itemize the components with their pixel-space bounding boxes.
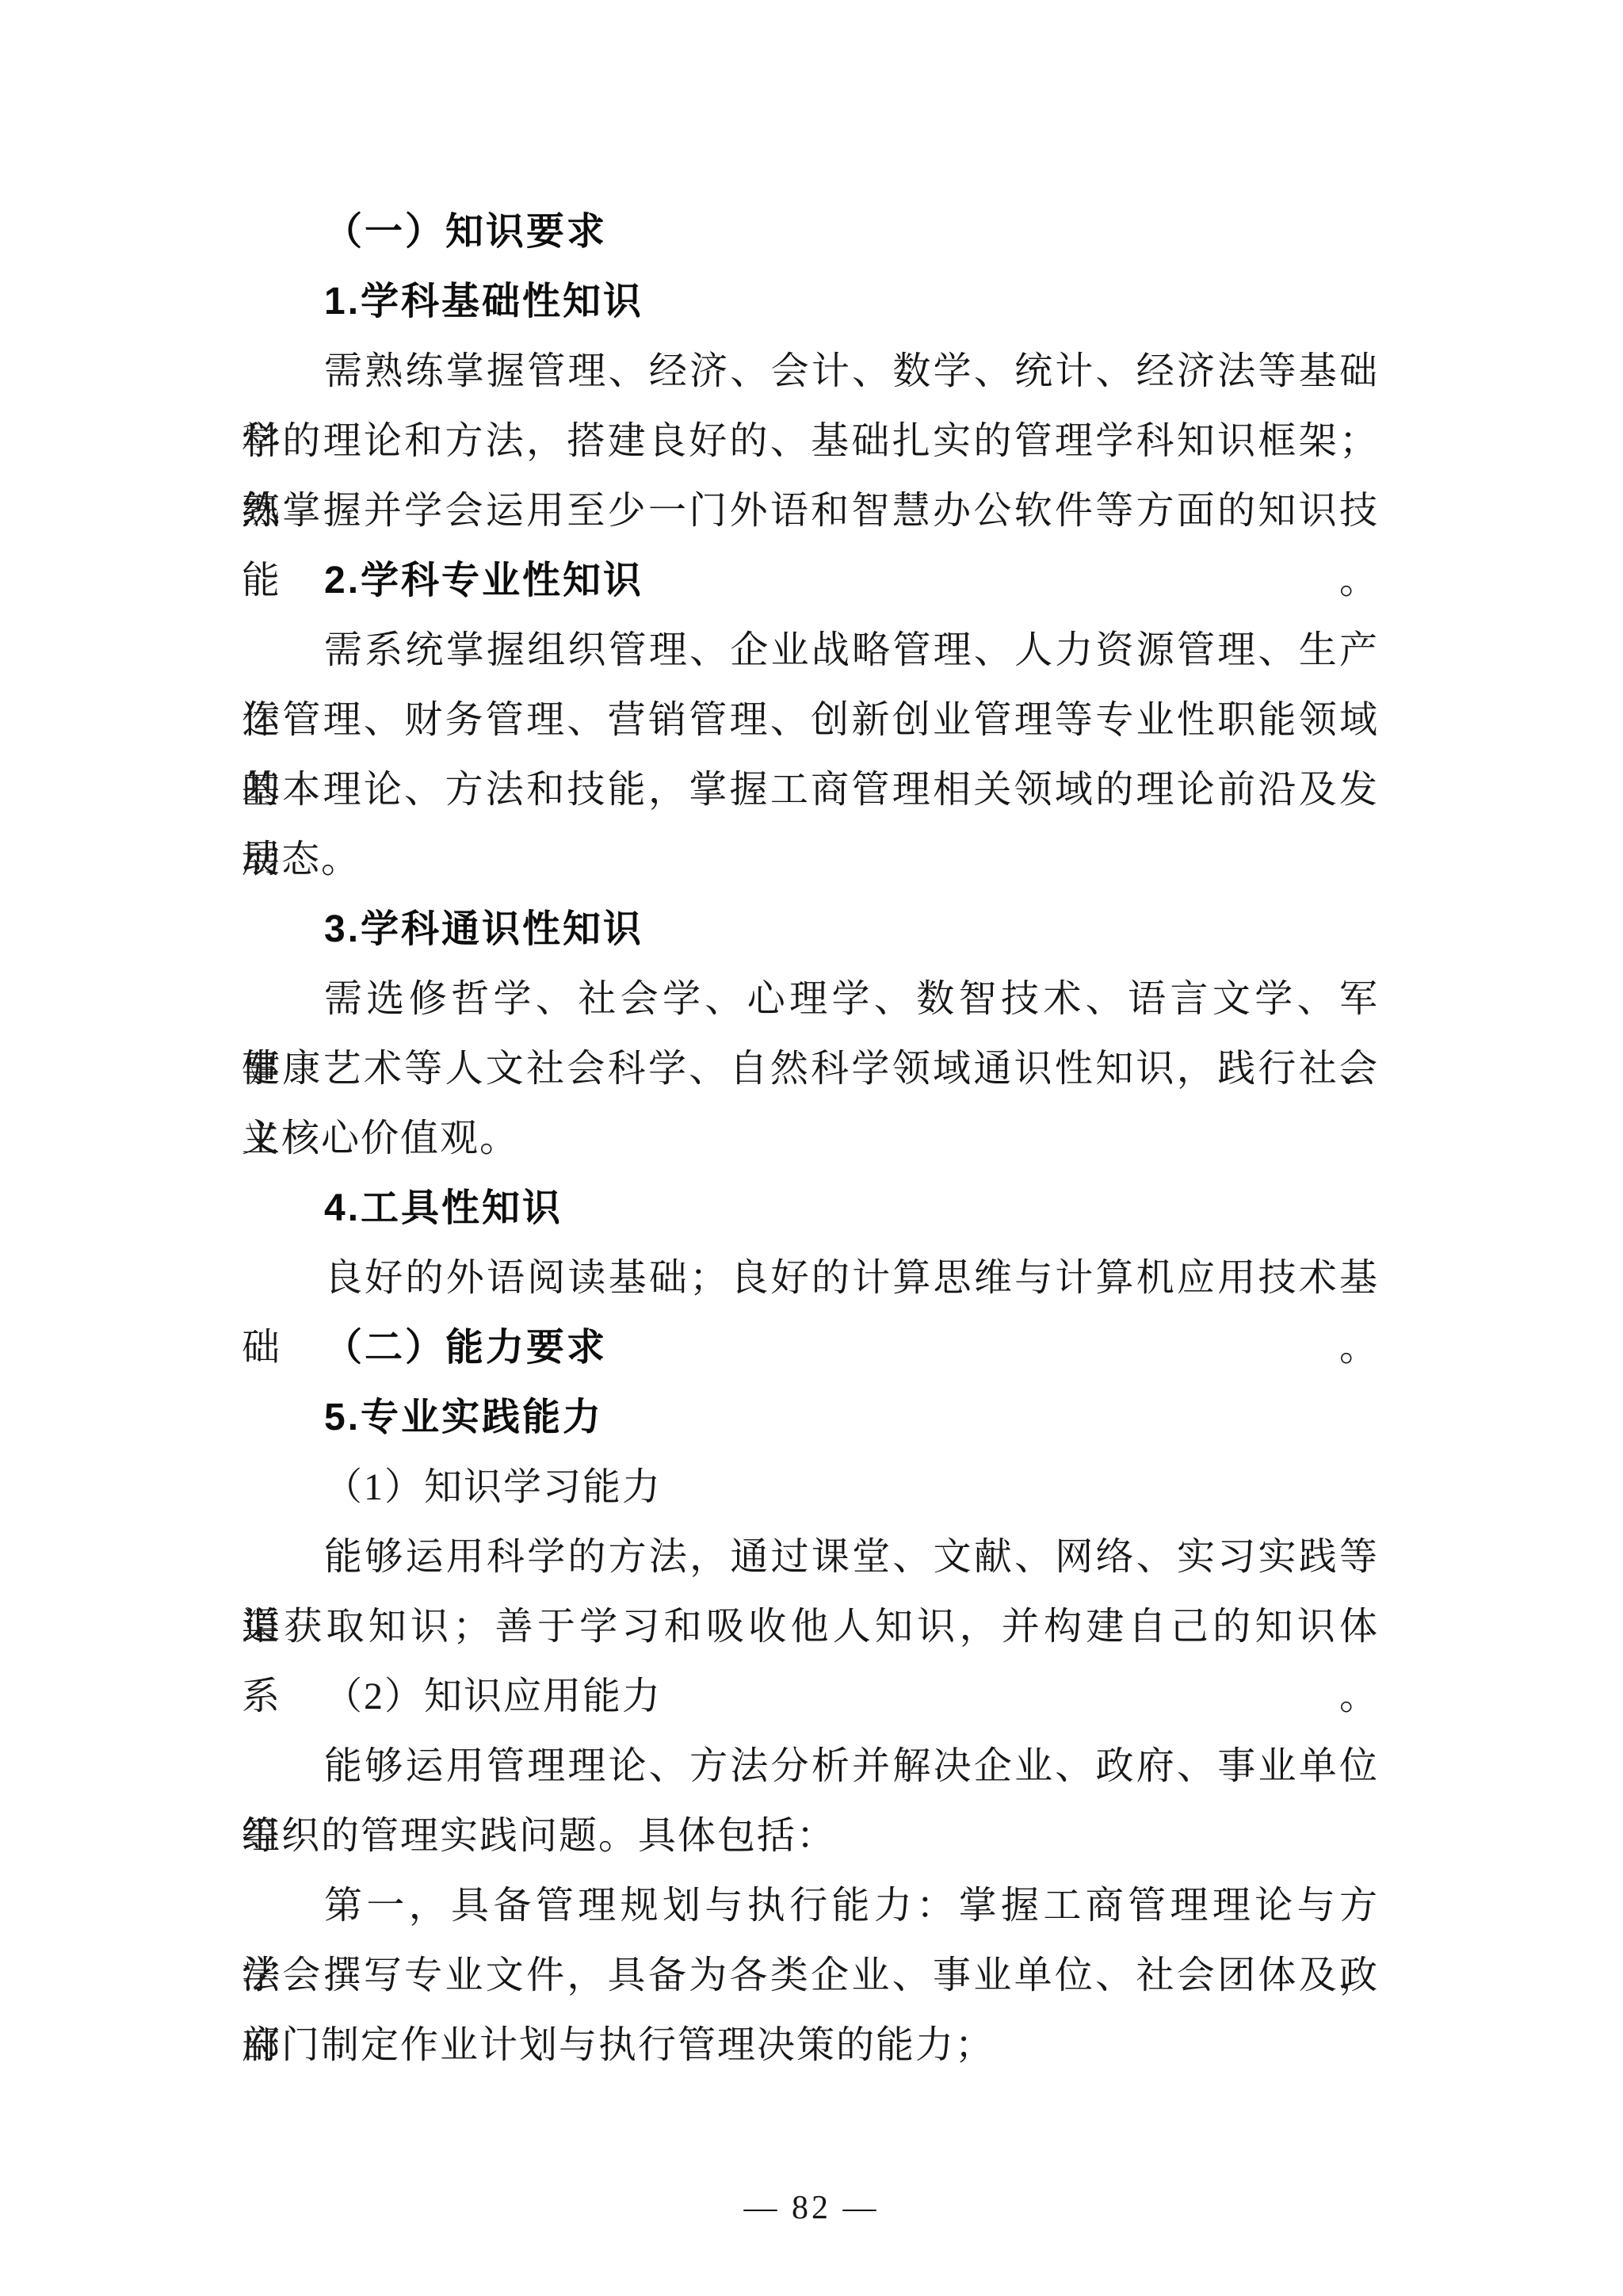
section-heading: 3.学科通识性知识	[242, 895, 1379, 965]
sub-heading: （1）知识学习能力	[242, 1453, 1379, 1522]
text-line: 能够运用科学的方法，通过课堂、文献、网络、实习实践等渠	[242, 1522, 1379, 1592]
section-heading: 4.工具性知识	[242, 1174, 1379, 1244]
text-line: 需系统掌握组织管理、企业战略管理、人力资源管理、生产运	[242, 616, 1379, 686]
text-line: 需选修哲学、社会学、心理学、数智技术、语言文学、军事、	[242, 965, 1379, 1034]
text-line: 能够运用管理理论、方法分析并解决企业、政府、事业单位等	[242, 1732, 1379, 1801]
footer: — 82 —	[0, 2189, 1623, 2227]
text-line: 需熟练掌握管理、经济、会计、数学、统计、经济法等基础学	[242, 337, 1379, 407]
text-line: 部门制定作业计划与执行管理决策的能力；	[242, 2011, 1379, 2080]
text-line: 动态。	[242, 825, 1379, 895]
section-heading: （一）知识要求	[242, 197, 1379, 267]
text-line: 义核心价值观。	[242, 1104, 1379, 1174]
text-line: 道获取知识；善于学习和吸收他人知识，并构建自己的知识体系。	[242, 1592, 1379, 1662]
text-line: 练掌握并学会运用至少一门外语和智慧办公软件等方面的知识技能。	[242, 476, 1379, 546]
section-heading: 5.专业实践能力	[242, 1383, 1379, 1453]
text-line: 第一，具备管理规划与执行能力：掌握工商管理理论与方法，	[242, 1871, 1379, 1941]
text-line: 基本理论、方法和技能，掌握工商管理相关领域的理论前沿及发展	[242, 755, 1379, 825]
text-line: 作管理、财务管理、营销管理、创新创业管理等专业性职能领域的	[242, 686, 1379, 755]
text-line: 健康艺术等人文社会科学、自然科学领域通识性知识，践行社会主	[242, 1034, 1379, 1104]
text-line: 学会撰写专业文件，具备为各类企业、事业单位、社会团体及政府	[242, 1941, 1379, 2011]
document-page: （一）知识要求 1.学科基础性知识 需熟练掌握管理、经济、会计、数学、统计、经济…	[0, 0, 1623, 2296]
page-number: — 82 —	[744, 2190, 880, 2226]
section-heading: 1.学科基础性知识	[242, 267, 1379, 337]
text-line: 组织的管理实践问题。具体包括：	[242, 1801, 1379, 1871]
text-block: （一）知识要求 1.学科基础性知识 需熟练掌握管理、经济、会计、数学、统计、经济…	[242, 197, 1379, 2080]
text-line: 科的理论和方法，搭建良好的、基础扎实的管理学科知识框架；熟	[242, 407, 1379, 476]
text-line: 良好的外语阅读基础；良好的计算思维与计算机应用技术基础。	[242, 1244, 1379, 1313]
